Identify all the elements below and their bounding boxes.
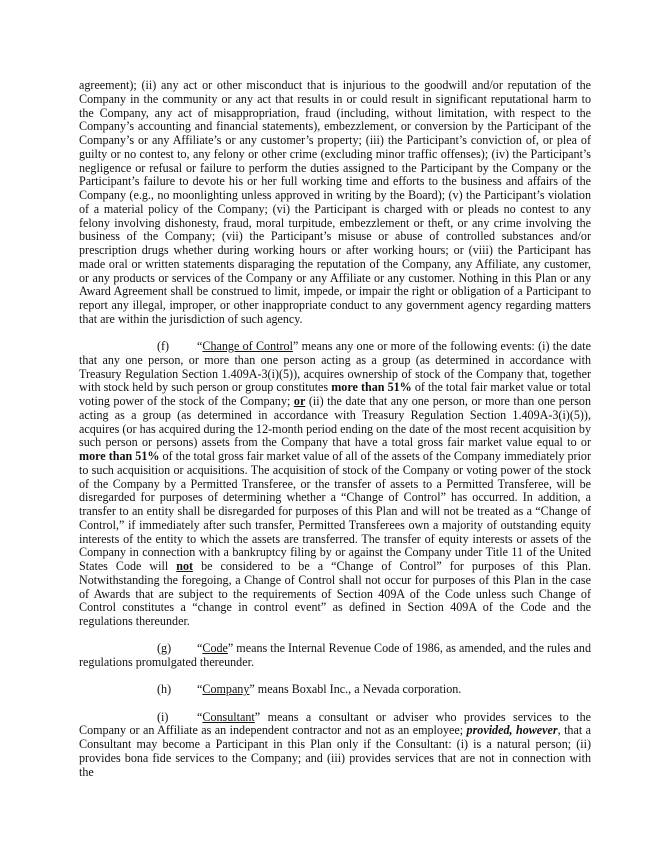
intro-paragraph: agreement); (ii) any act or other miscon…	[79, 79, 591, 327]
definition-label: (i)	[157, 711, 197, 725]
defined-term: Change of Control	[202, 339, 293, 353]
definition-consultant: (i)“Consultant” means a consultant or ad…	[79, 711, 591, 780]
intro-paragraph-text: agreement); (ii) any act or other miscon…	[79, 78, 591, 326]
document-page: agreement); (ii) any act or other miscon…	[79, 79, 591, 779]
definition-label: (g)	[157, 642, 197, 656]
definition-code: (g)“Code” means the Internal Revenue Cod…	[79, 642, 591, 670]
definition-text: of the total gross fair market value of …	[79, 449, 591, 573]
emphasis-bold: more than 51%	[79, 449, 159, 463]
emphasis-bold-underline: or	[294, 394, 305, 408]
emphasis-bold-underline: not	[176, 559, 193, 573]
emphasis-bold-italic: provided, however	[467, 723, 558, 737]
definition-change-of-control: (f)“Change of Control” means any one or …	[79, 340, 591, 629]
definition-company: (h)“Company” means Boxabl Inc., a Nevada…	[79, 683, 591, 697]
defined-term: Company	[202, 682, 249, 696]
definition-text: means the Internal Revenue Code of 1986,…	[79, 641, 591, 669]
emphasis-bold: more than 51%	[331, 380, 412, 394]
definition-label: (f)	[157, 340, 197, 354]
definition-text: means Boxabl Inc., a Nevada corporation.	[255, 682, 462, 696]
definition-label: (h)	[157, 683, 197, 697]
defined-term: Consultant	[202, 710, 254, 724]
defined-term: Code	[202, 641, 228, 655]
